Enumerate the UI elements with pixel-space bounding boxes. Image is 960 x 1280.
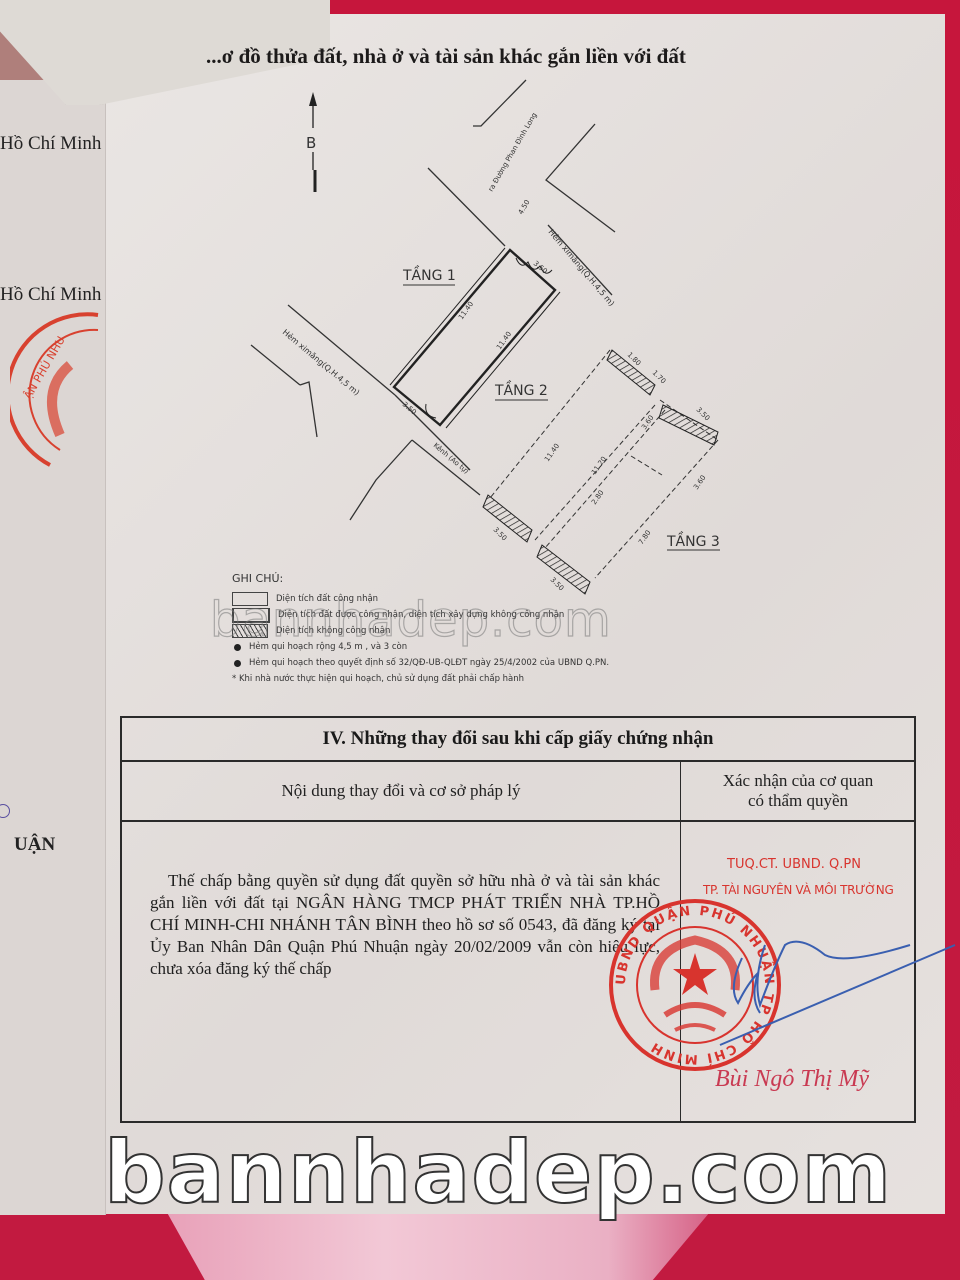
floor-label-3: TẦNG 3: [666, 531, 720, 550]
floor-label-1: TẦNG 1: [402, 265, 456, 284]
floor-label-2: TẦNG 2: [494, 380, 548, 399]
svg-text:2.80: 2.80: [590, 489, 605, 506]
svg-text:11.20: 11.20: [590, 455, 608, 476]
svg-text:3.60: 3.60: [692, 474, 707, 491]
left-page-line-3: UẬN: [14, 834, 55, 856]
alley-bottom-label: Kênh (Ao tự): [432, 441, 471, 475]
signature: [700, 930, 960, 1060]
watermark-big: bannhadep.com: [104, 1130, 892, 1216]
authority-line-1: TUQ.CT. UBND. Q.PN: [727, 857, 861, 872]
svg-text:3.60: 3.60: [640, 414, 655, 431]
svg-text:11.40: 11.40: [543, 442, 561, 463]
column-header-authority: Xác nhận của cơ quan có thẩm quyền: [682, 762, 914, 820]
watermark-light: bannhadep.com: [210, 592, 612, 648]
legend-dot-icon: [234, 660, 241, 667]
signer-name: Bùi Ngô Thị Mỹ: [715, 1066, 869, 1093]
legend-title: GHI CHÚ:: [232, 572, 609, 585]
column-header-content: Nội dung thay đổi và cơ sở pháp lý: [122, 762, 680, 820]
svg-text:7.80: 7.80: [637, 529, 652, 546]
north-arrow-label: B: [306, 134, 316, 152]
change-content: Thế chấp bằng quyền sử dụng đất quyền sở…: [150, 870, 660, 980]
legend-item: * Khi nhà nước thực hiện qui hoạch, chủ …: [232, 671, 609, 687]
table-title: IV. Những thay đổi sau khi cấp giấy chứn…: [122, 718, 914, 762]
legend-item: Hẻm qui hoạch theo quyết định số 32/QĐ-U…: [232, 655, 609, 671]
svg-text:4.50: 4.50: [517, 198, 532, 216]
svg-text:3.50: 3.50: [401, 400, 418, 416]
svg-text:3.50: 3.50: [492, 526, 509, 543]
svg-text:3.50: 3.50: [695, 406, 712, 423]
street-label: ra Đường Phan Đình Long: [487, 111, 539, 193]
alley-left-label: Hẻm ximăng(Q.H.4,5 m): [281, 327, 362, 397]
